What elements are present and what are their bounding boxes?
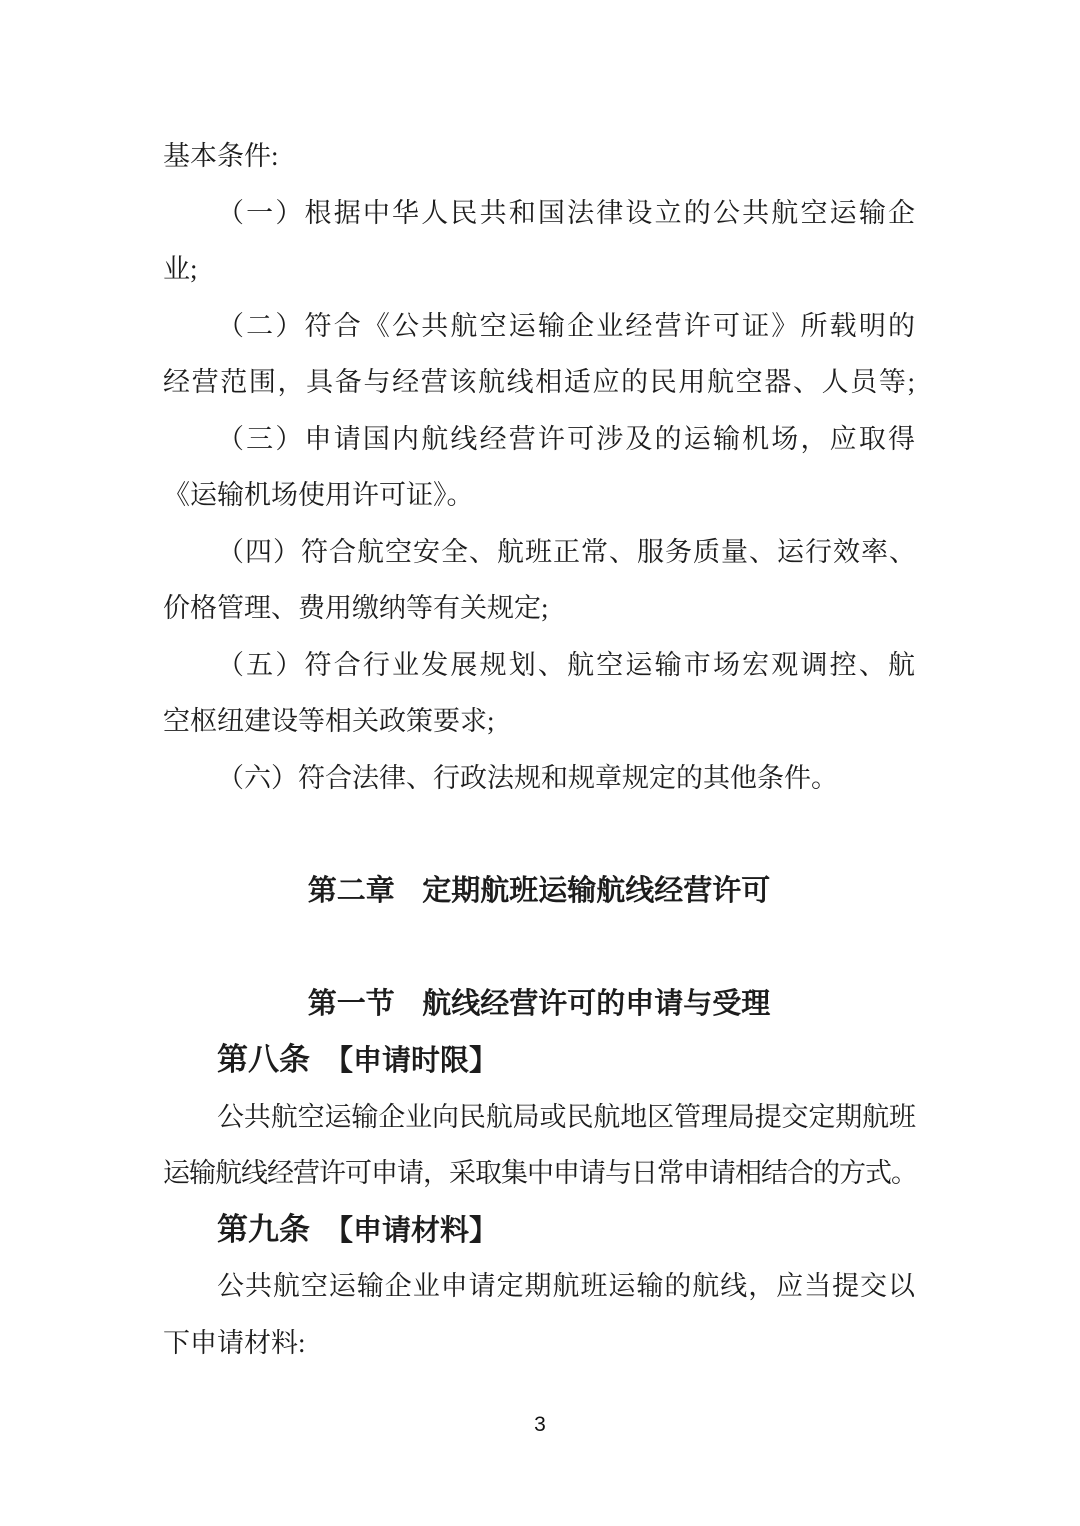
article-title: 【申请时限】 bbox=[324, 1045, 498, 1077]
body-line: 公共航空运输企业向民航局或民航地区管理局提交定期航班 bbox=[163, 1089, 915, 1146]
article-9-heading: 第九条【申请材料】 bbox=[163, 1202, 915, 1259]
blank-line bbox=[163, 919, 915, 976]
document-page: 基本条件: （一）根据中华人民共和国法律设立的公共航空运输企 业; （二）符合《… bbox=[0, 0, 1080, 1526]
body-line: （五）符合行业发展规划、航空运输市场宏观调控、航 bbox=[163, 637, 915, 694]
body-line: 空枢纽建设等相关政策要求; bbox=[163, 693, 915, 750]
page-number: 3 bbox=[0, 1404, 1080, 1446]
body-line: （二）符合《公共航空运输企业经营许可证》所载明的 bbox=[163, 298, 915, 355]
section-title: 航线经营许可的申请与受理 bbox=[422, 988, 770, 1020]
chapter-title: 定期航班运输航线经营许可 bbox=[422, 875, 770, 907]
body-line: 《运输机场使用许可证》。 bbox=[163, 467, 915, 524]
body-line: 业; bbox=[163, 241, 915, 298]
body-line: （一）根据中华人民共和国法律设立的公共航空运输企 bbox=[163, 185, 915, 242]
body-line: （六）符合法律、行政法规和规章规定的其他条件。 bbox=[163, 750, 915, 807]
chapter-heading: 第二章定期航班运输航线经营许可 bbox=[163, 863, 915, 920]
body-line: 基本条件: bbox=[163, 128, 915, 185]
body-line: （三）申请国内航线经营许可涉及的运输机场，应取得 bbox=[163, 411, 915, 468]
body-line: 价格管理、费用缴纳等有关规定; bbox=[163, 580, 915, 637]
article-number: 第九条 bbox=[217, 1212, 310, 1247]
section-heading: 第一节航线经营许可的申请与受理 bbox=[163, 976, 915, 1033]
body-line: （四）符合航空安全、航班正常、服务质量、运行效率、 bbox=[163, 524, 915, 581]
section-number: 第一节 bbox=[308, 988, 395, 1020]
body-line: 公共航空运输企业申请定期航班运输的航线，应当提交以 bbox=[163, 1258, 915, 1315]
blank-line bbox=[163, 806, 915, 863]
article-title: 【申请材料】 bbox=[324, 1215, 498, 1247]
chapter-number: 第二章 bbox=[308, 875, 395, 907]
article-8-heading: 第八条【申请时限】 bbox=[163, 1032, 915, 1089]
document-content: 基本条件: （一）根据中华人民共和国法律设立的公共航空运输企 业; （二）符合《… bbox=[163, 128, 915, 1371]
article-number: 第八条 bbox=[217, 1042, 310, 1077]
body-line: 经营范围，具备与经营该航线相适应的民用航空器、人员等; bbox=[163, 354, 915, 411]
body-line: 下申请材料: bbox=[163, 1315, 915, 1372]
body-line: 运输航线经营许可申请，采取集中申请与日常申请相结合的方式。 bbox=[163, 1145, 915, 1202]
